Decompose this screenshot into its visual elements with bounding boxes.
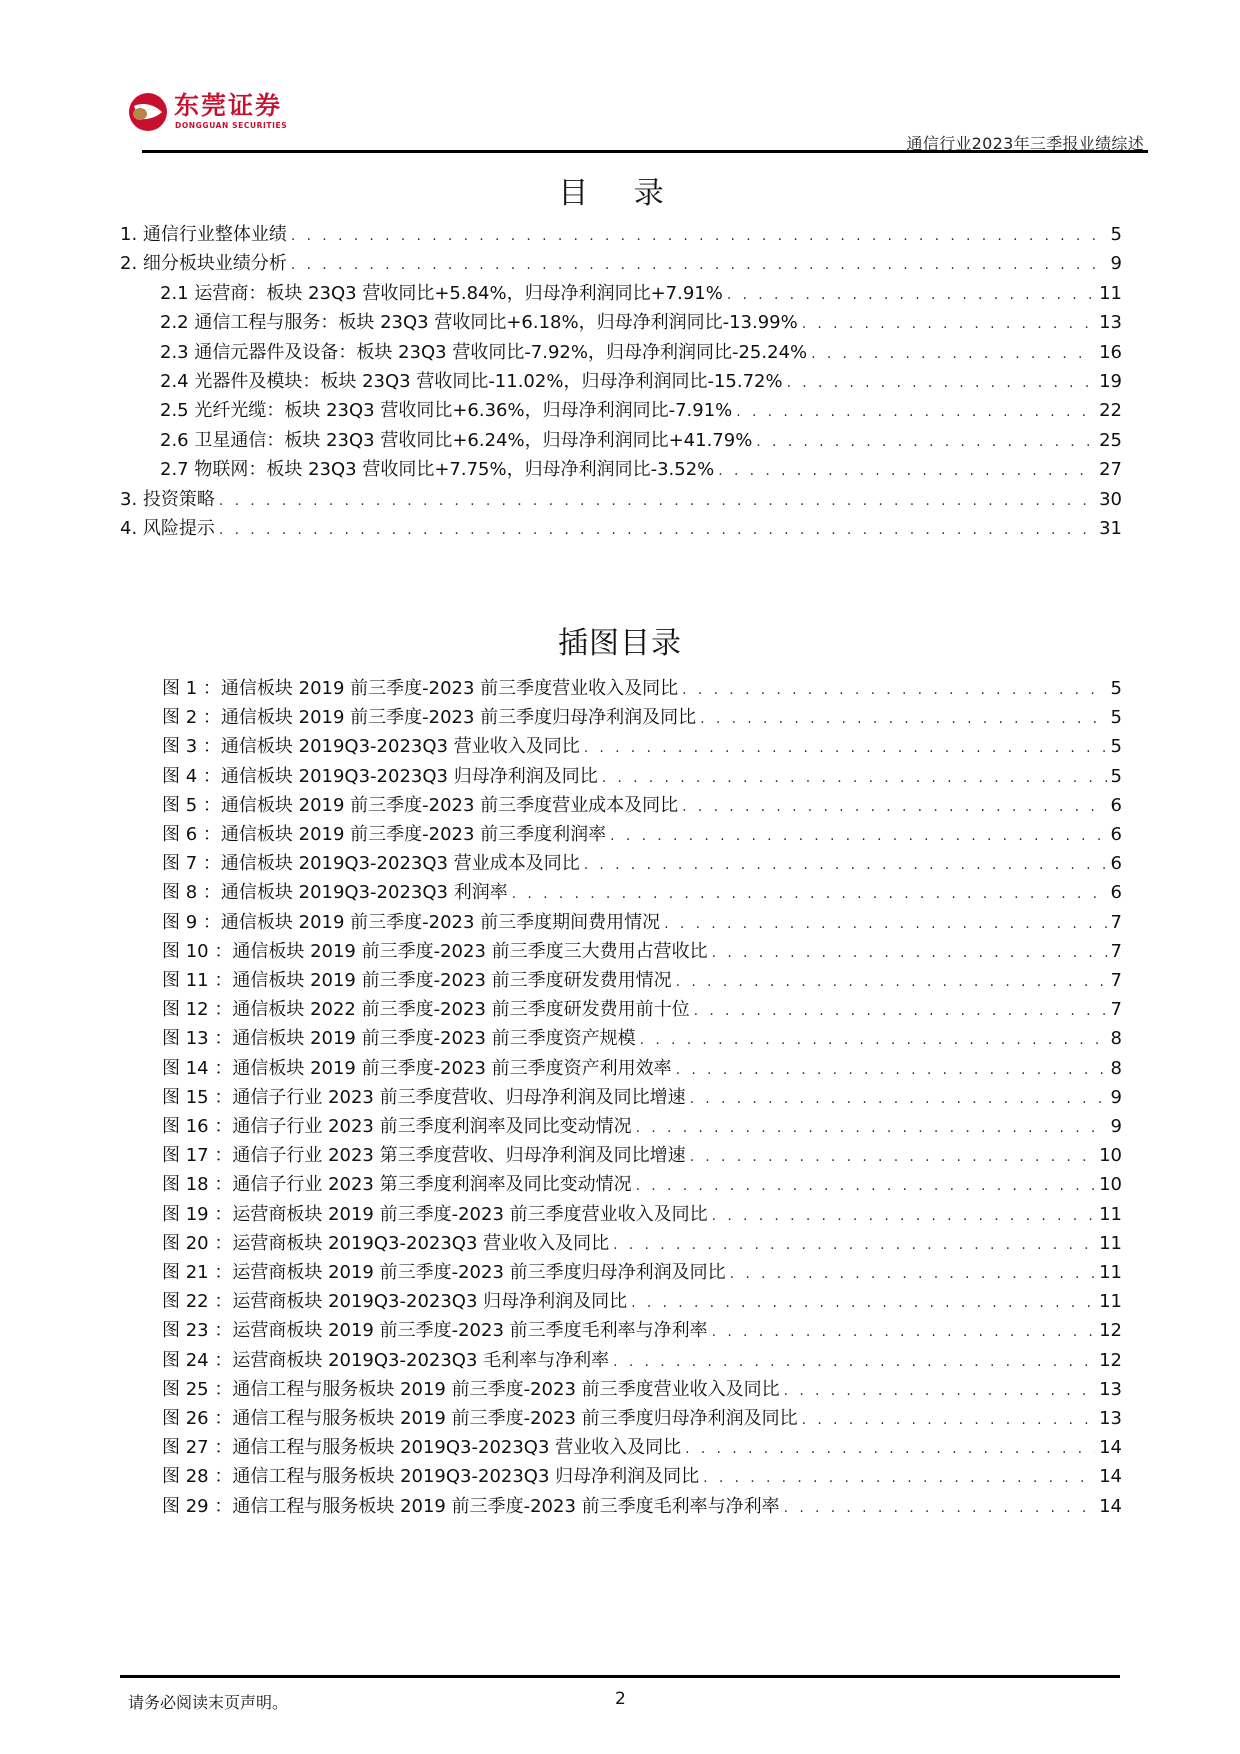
figure-entry-label: 图 13 ：通信板块 2019 前三季度-2023 前三季度资产规模 (162, 1026, 636, 1052)
dot-leader (718, 458, 1095, 484)
toc-entry[interactable]: 2.4 光器件及模块：板块 23Q3 营收同比-11.02%，归母净利润同比-1… (160, 369, 1122, 395)
dot-leader (613, 1232, 1095, 1258)
dot-leader (690, 1144, 1095, 1170)
figure-entry-page-number: 5 (1111, 676, 1122, 702)
figure-entry-label: 图 29 ：通信工程与服务板块 2019 前三季度-2023 前三季度毛利率与净… (162, 1494, 780, 1520)
header-divider (142, 150, 1148, 153)
dot-leader (636, 1173, 1095, 1199)
figure-entry-page-number: 12 (1099, 1318, 1122, 1344)
dot-leader (613, 1349, 1095, 1375)
toc-entry-page-number: 25 (1099, 428, 1122, 454)
toc-entry-page-number: 9 (1111, 251, 1122, 277)
toc-entry[interactable]: 3. 投资策略30 (120, 487, 1122, 513)
figure-entry-label: 图 5 ：通信板块 2019 前三季度-2023 前三季度营业成本及同比 (162, 793, 678, 819)
figure-entry-label: 图 19 ：运营商板块 2019 前三季度-2023 前三季度营业收入及同比 (162, 1202, 708, 1228)
figure-entry-label: 图 4 ：通信板块 2019Q3-2023Q3 归母净利润及同比 (162, 764, 598, 790)
toc-entry-label: 2.3 通信元器件及设备：板块 23Q3 营收同比-7.92%，归母净利润同比-… (160, 340, 807, 366)
figure-entry[interactable]: 图 28 ：通信工程与服务板块 2019Q3-2023Q3 归母净利润及同比14 (162, 1464, 1122, 1490)
figure-entry[interactable]: 图 4 ：通信板块 2019Q3-2023Q3 归母净利润及同比5 (162, 764, 1122, 790)
toc-entry[interactable]: 1. 通信行业整体业绩5 (120, 222, 1122, 248)
figure-entry[interactable]: 图 10 ：通信板块 2019 前三季度-2023 前三季度三大费用占营收比7 (162, 939, 1122, 965)
figure-entry-label: 图 17 ：通信子行业 2023 第三季度营收、归母净利润及同比增速 (162, 1143, 686, 1169)
toc-entry[interactable]: 2.1 运营商：板块 23Q3 营收同比+5.84%，归母净利润同比+7.91%… (160, 281, 1122, 307)
dot-leader (694, 998, 1107, 1024)
dot-leader (690, 1086, 1107, 1112)
dot-leader (730, 1261, 1095, 1287)
figure-entry[interactable]: 图 1 ：通信板块 2019 前三季度-2023 前三季度营业收入及同比5 (162, 676, 1122, 702)
figure-entry-label: 图 2 ：通信板块 2019 前三季度-2023 前三季度归母净利润及同比 (162, 705, 696, 731)
dot-leader (631, 1290, 1095, 1316)
figure-entry[interactable]: 图 18 ：通信子行业 2023 第三季度利润率及同比变动情况10 (162, 1172, 1122, 1198)
figure-entry[interactable]: 图 21 ：运营商板块 2019 前三季度-2023 前三季度归母净利润及同比1… (162, 1260, 1122, 1286)
figure-entry-label: 图 15 ：通信子行业 2023 前三季度营收、归母净利润及同比增速 (162, 1085, 686, 1111)
figure-entry[interactable]: 图 6 ：通信板块 2019 前三季度-2023 前三季度利润率6 (162, 822, 1122, 848)
dot-leader (610, 823, 1106, 849)
dot-leader (219, 517, 1095, 543)
figure-entry-label: 图 22 ：运营商板块 2019Q3-2023Q3 归母净利润及同比 (162, 1289, 627, 1315)
figure-entry[interactable]: 图 12 ：通信板块 2022 前三季度-2023 前三季度研发费用前十位7 (162, 997, 1122, 1023)
toc-entry-label: 1. 通信行业整体业绩 (120, 222, 287, 248)
figure-entry[interactable]: 图 8 ：通信板块 2019Q3-2023Q3 利润率6 (162, 880, 1122, 906)
figure-entry[interactable]: 图 29 ：通信工程与服务板块 2019 前三季度-2023 前三季度毛利率与净… (162, 1494, 1122, 1520)
dot-leader (664, 911, 1106, 937)
figure-entry-page-number: 6 (1111, 822, 1122, 848)
toc-entry-label: 2. 细分板块业绩分析 (120, 251, 287, 277)
figure-entry-page-number: 14 (1099, 1494, 1122, 1520)
figure-entry[interactable]: 图 17 ：通信子行业 2023 第三季度营收、归母净利润及同比增速10 (162, 1143, 1122, 1169)
logo-chinese-name: 东莞证券 (174, 92, 282, 120)
toc-entry-label: 2.5 光纤光缆：板块 23Q3 营收同比+6.36%，归母净利润同比-7.91… (160, 398, 732, 424)
toc-entry-page-number: 30 (1099, 487, 1122, 513)
figure-entry-page-number: 10 (1099, 1172, 1122, 1198)
figure-entry-page-number: 10 (1099, 1143, 1122, 1169)
dot-leader (712, 940, 1107, 966)
figure-entry-page-number: 6 (1111, 880, 1122, 906)
figure-entry-page-number: 14 (1099, 1435, 1122, 1461)
figure-entry[interactable]: 图 20 ：运营商板块 2019Q3-2023Q3 营业收入及同比11 (162, 1231, 1122, 1257)
figure-entry[interactable]: 图 26 ：通信工程与服务板块 2019 前三季度-2023 前三季度归母净利润… (162, 1406, 1122, 1432)
toc-entry-label: 2.6 卫星通信：板块 23Q3 营收同比+6.24%，归母净利润同比+41.7… (160, 428, 752, 454)
figure-entry-page-number: 7 (1111, 939, 1122, 965)
toc-entry-page-number: 13 (1099, 310, 1122, 336)
toc-entry[interactable]: 2.3 通信元器件及设备：板块 23Q3 营收同比-7.92%，归母净利润同比-… (160, 340, 1122, 366)
toc-entry[interactable]: 2.7 物联网：板块 23Q3 营收同比+7.75%，归母净利润同比-3.52%… (160, 457, 1122, 483)
toc-entry[interactable]: 2.5 光纤光缆：板块 23Q3 营收同比+6.36%，归母净利润同比-7.91… (160, 398, 1122, 424)
dot-leader (756, 429, 1095, 455)
figure-entry[interactable]: 图 5 ：通信板块 2019 前三季度-2023 前三季度营业成本及同比6 (162, 793, 1122, 819)
figure-entry-label: 图 7 ：通信板块 2019Q3-2023Q3 营业成本及同比 (162, 851, 580, 877)
figure-entry[interactable]: 图 9 ：通信板块 2019 前三季度-2023 前三季度期间费用情况7 (162, 910, 1122, 936)
logo-english-name: DONGGUAN SECURITIES (175, 121, 287, 130)
dot-leader (584, 852, 1107, 878)
figure-entry-page-number: 7 (1111, 910, 1122, 936)
toc-entry-label: 2.2 通信工程与服务：板块 23Q3 营收同比+6.18%，归母净利润同比-1… (160, 310, 798, 336)
figure-entry-page-number: 11 (1099, 1260, 1122, 1286)
figure-entry[interactable]: 图 2 ：通信板块 2019 前三季度-2023 前三季度归母净利润及同比5 (162, 705, 1122, 731)
figure-entry[interactable]: 图 3 ：通信板块 2019Q3-2023Q3 营业收入及同比5 (162, 734, 1122, 760)
figure-entry-page-number: 11 (1099, 1289, 1122, 1315)
figure-entry-label: 图 3 ：通信板块 2019Q3-2023Q3 营业收入及同比 (162, 734, 580, 760)
figure-entry-label: 图 27 ：通信工程与服务板块 2019Q3-2023Q3 营业收入及同比 (162, 1435, 681, 1461)
dot-leader (291, 223, 1107, 249)
dot-leader (811, 341, 1095, 367)
toc-entry[interactable]: 2.2 通信工程与服务：板块 23Q3 营收同比+6.18%，归母净利润同比-1… (160, 310, 1122, 336)
figure-entry-label: 图 10 ：通信板块 2019 前三季度-2023 前三季度三大费用占营收比 (162, 939, 708, 965)
figure-entry[interactable]: 图 16 ：通信子行业 2023 前三季度利润率及同比变动情况9 (162, 1114, 1122, 1140)
dot-leader (682, 794, 1106, 820)
figure-entry-label: 图 12 ：通信板块 2022 前三季度-2023 前三季度研发费用前十位 (162, 997, 690, 1023)
dot-leader (584, 735, 1107, 761)
figure-entry-page-number: 11 (1099, 1202, 1122, 1228)
toc-entry-page-number: 31 (1099, 516, 1122, 542)
toc-entry[interactable]: 2. 细分板块业绩分析9 (120, 251, 1122, 277)
dot-leader (512, 881, 1107, 907)
figure-entry[interactable]: 图 27 ：通信工程与服务板块 2019Q3-2023Q3 营业收入及同比14 (162, 1435, 1122, 1461)
figure-entry-label: 图 11 ：通信板块 2019 前三季度-2023 前三季度研发费用情况 (162, 968, 672, 994)
figure-entry[interactable]: 图 24 ：运营商板块 2019Q3-2023Q3 毛利率与净利率12 (162, 1348, 1122, 1374)
figure-entry-label: 图 24 ：运营商板块 2019Q3-2023Q3 毛利率与净利率 (162, 1348, 609, 1374)
dot-leader (219, 488, 1095, 514)
figure-entry-label: 图 1 ：通信板块 2019 前三季度-2023 前三季度营业收入及同比 (162, 676, 678, 702)
figure-entry-label: 图 25 ：通信工程与服务板块 2019 前三季度-2023 前三季度营业收入及… (162, 1377, 780, 1403)
toc-entry-page-number: 19 (1099, 369, 1122, 395)
figure-entry-page-number: 7 (1111, 968, 1122, 994)
dot-leader (700, 706, 1106, 732)
dot-leader (676, 1057, 1107, 1083)
figure-entry-page-number: 6 (1111, 851, 1122, 877)
dot-leader (676, 969, 1107, 995)
toc-entry-label: 3. 投资策略 (120, 487, 215, 513)
figure-entry[interactable]: 图 25 ：通信工程与服务板块 2019 前三季度-2023 前三季度营业收入及… (162, 1377, 1122, 1403)
figure-entry-page-number: 9 (1111, 1114, 1122, 1140)
figure-entry-page-number: 14 (1099, 1464, 1122, 1490)
figure-entry[interactable]: 图 23 ：运营商板块 2019 前三季度-2023 前三季度毛利率与净利率12 (162, 1318, 1122, 1344)
toc-entry[interactable]: 2.6 卫星通信：板块 23Q3 营收同比+6.24%，归母净利润同比+41.7… (160, 428, 1122, 454)
dot-leader (787, 370, 1096, 396)
figure-entry-page-number: 6 (1111, 793, 1122, 819)
figure-entry[interactable]: 图 14 ：通信板块 2019 前三季度-2023 前三季度资产利用效率8 (162, 1056, 1122, 1082)
toc-entry[interactable]: 4. 风险提示31 (120, 516, 1122, 542)
figure-entry-label: 图 6 ：通信板块 2019 前三季度-2023 前三季度利润率 (162, 822, 606, 848)
figure-list-heading: 插图目录 (0, 618, 1240, 662)
page-number: 2 (615, 1689, 626, 1709)
figure-entry-label: 图 14 ：通信板块 2019 前三季度-2023 前三季度资产利用效率 (162, 1056, 672, 1082)
dongguan-securities-logo-icon (128, 92, 168, 132)
dot-leader (291, 252, 1107, 278)
figure-entry-label: 图 8 ：通信板块 2019Q3-2023Q3 利润率 (162, 880, 508, 906)
figure-entry-page-number: 13 (1099, 1377, 1122, 1403)
toc-entry-label: 4. 风险提示 (120, 516, 215, 542)
figure-entry-page-number: 8 (1111, 1056, 1122, 1082)
figure-entry-page-number: 13 (1099, 1406, 1122, 1432)
dot-leader (712, 1203, 1095, 1229)
figure-entry-label: 图 23 ：运营商板块 2019 前三季度-2023 前三季度毛利率与净利率 (162, 1318, 708, 1344)
toc-entry-label: 2.7 物联网：板块 23Q3 营收同比+7.75%，归母净利润同比-3.52% (160, 457, 714, 483)
dot-leader (636, 1115, 1107, 1141)
figure-entry-label: 图 18 ：通信子行业 2023 第三季度利润率及同比变动情况 (162, 1172, 632, 1198)
toc-entry-label: 2.1 运营商：板块 23Q3 营收同比+5.84%，归母净利润同比+7.91% (160, 281, 723, 307)
figure-entry-page-number: 12 (1099, 1348, 1122, 1374)
figure-entry-label: 图 20 ：运营商板块 2019Q3-2023Q3 营业收入及同比 (162, 1231, 609, 1257)
toc-entry-page-number: 27 (1099, 457, 1122, 483)
toc-entry-page-number: 5 (1111, 222, 1122, 248)
toc-entry-page-number: 11 (1099, 281, 1122, 307)
figure-entry-label: 图 21 ：运营商板块 2019 前三季度-2023 前三季度归母净利润及同比 (162, 1260, 726, 1286)
figure-entry-page-number: 7 (1111, 997, 1122, 1023)
footer-disclaimer: 请务必阅读末页声明。 (128, 1690, 288, 1713)
figure-entry[interactable]: 图 7 ：通信板块 2019Q3-2023Q3 营业成本及同比6 (162, 851, 1122, 877)
company-logo: 东莞证券 DONGGUAN SECURITIES (128, 92, 318, 136)
footer-divider (120, 1675, 1120, 1678)
dot-leader (784, 1495, 1095, 1521)
figure-entry-label: 图 28 ：通信工程与服务板块 2019Q3-2023Q3 归母净利润及同比 (162, 1464, 699, 1490)
dot-leader (602, 765, 1107, 791)
dot-leader (703, 1465, 1095, 1491)
dot-leader (640, 1027, 1107, 1053)
figure-entry-label: 图 26 ：通信工程与服务板块 2019 前三季度-2023 前三季度归母净利润… (162, 1406, 798, 1432)
figure-entry[interactable]: 图 11 ：通信板块 2019 前三季度-2023 前三季度研发费用情况7 (162, 968, 1122, 994)
figure-entry-page-number: 11 (1099, 1231, 1122, 1257)
figure-entry[interactable]: 图 22 ：运营商板块 2019Q3-2023Q3 归母净利润及同比11 (162, 1289, 1122, 1315)
figure-entry-page-number: 5 (1111, 705, 1122, 731)
dot-leader (712, 1319, 1095, 1345)
dot-leader (736, 399, 1095, 425)
figure-entry-page-number: 8 (1111, 1026, 1122, 1052)
dot-leader (727, 282, 1095, 308)
toc-entry-page-number: 16 (1099, 340, 1122, 366)
dot-leader (802, 1407, 1095, 1433)
dot-leader (802, 311, 1095, 337)
figure-entry[interactable]: 图 19 ：运营商板块 2019 前三季度-2023 前三季度营业收入及同比11 (162, 1202, 1122, 1228)
toc-heading: 目 录 (0, 168, 1240, 212)
figure-entry[interactable]: 图 15 ：通信子行业 2023 前三季度营收、归母净利润及同比增速9 (162, 1085, 1122, 1111)
dot-leader (685, 1436, 1095, 1462)
dot-leader (784, 1378, 1095, 1404)
figure-entry-page-number: 5 (1111, 764, 1122, 790)
figure-entry-label: 图 16 ：通信子行业 2023 前三季度利润率及同比变动情况 (162, 1114, 632, 1140)
figure-entry-page-number: 9 (1111, 1085, 1122, 1111)
toc-entry-label: 2.4 光器件及模块：板块 23Q3 营收同比-11.02%，归母净利润同比-1… (160, 369, 783, 395)
toc-entry-page-number: 22 (1099, 398, 1122, 424)
figure-entry[interactable]: 图 13 ：通信板块 2019 前三季度-2023 前三季度资产规模8 (162, 1026, 1122, 1052)
dot-leader (682, 677, 1106, 703)
figure-entry-page-number: 5 (1111, 734, 1122, 760)
figure-entry-label: 图 9 ：通信板块 2019 前三季度-2023 前三季度期间费用情况 (162, 910, 660, 936)
